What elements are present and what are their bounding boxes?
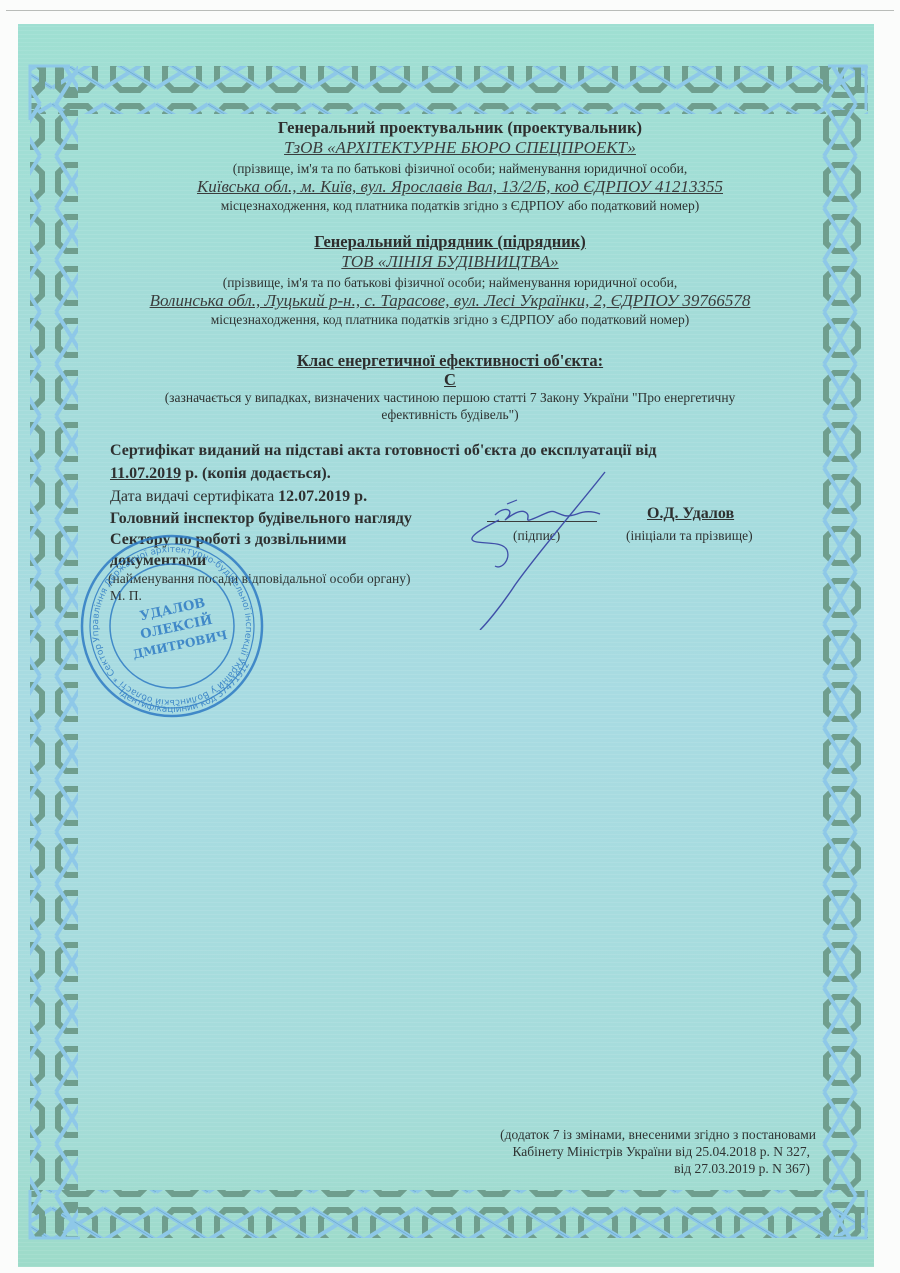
general-designer-name: ТзОВ «АРХІТЕКТУРНЕ БЮРО СПЕЦПРОЕКТ» xyxy=(150,138,770,158)
general-contractor-address: Волинська обл., Луцький р-н., с. Тарасов… xyxy=(100,291,800,311)
issue-date-label: Дата видачі сертифіката xyxy=(110,488,278,505)
general-contractor-address-caption: місцезнаходження, код платника податків … xyxy=(100,312,800,328)
general-designer-name-caption: (прізвище, ім'я та по батькові фізичної … xyxy=(150,161,770,177)
certificate-basis-line2: 11.07.2019 р. (копія додається). xyxy=(110,465,331,483)
official-stamp: Управління Державної архітектурно-будіве… xyxy=(61,515,284,738)
footnote-line1: (додаток 7 із змінами, внесеними згідно … xyxy=(400,1127,816,1143)
issue-date-value: 12.07.2019 р. xyxy=(278,488,367,505)
issue-date-line: Дата видачі сертифіката 12.07.2019 р. xyxy=(110,488,367,506)
readiness-act-date: 11.07.2019 xyxy=(110,465,181,482)
general-contractor-name-caption: (прізвище, ім'я та по батькові фізичної … xyxy=(100,275,800,291)
signer-caption: (ініціали та прізвище) xyxy=(626,528,753,544)
handwritten-signature xyxy=(455,460,625,630)
stamp-ring-text: Управління Державної архітектурно-будіве… xyxy=(61,515,269,726)
basis-rest: р. (копія додається). xyxy=(181,465,331,482)
certificate-basis-line1: Сертифікат виданий на підставі акта гото… xyxy=(110,442,657,460)
general-designer-address: Київська обл., м. Київ, вул. Ярославів В… xyxy=(150,177,770,197)
energy-class-caption-line1: (зазначається у випадках, визначених час… xyxy=(100,390,800,406)
general-contractor-heading: Генеральний підрядник (підрядник) xyxy=(100,232,800,252)
general-designer-heading: Генеральний проектувальник (проектувальн… xyxy=(150,118,770,138)
position-line1: Головний інспектор будівельного нагляду xyxy=(110,510,412,528)
footnote-line2: Кабінету Міністрів України від 25.04.201… xyxy=(400,1144,810,1160)
signer-name: О.Д. Удалов xyxy=(647,505,734,523)
energy-class-heading: Клас енергетичної ефективності об'єкта: xyxy=(100,351,800,371)
general-designer-address-caption: місцезнаходження, код платника податків … xyxy=(150,198,770,214)
general-contractor-name: ТОВ «ЛІНІЯ БУДІВНИЦТВА» xyxy=(100,252,800,272)
energy-class-value: С xyxy=(100,370,800,390)
svg-text:Управління Державної архітекту: Управління Державної архітектурно-будіве… xyxy=(61,515,269,726)
footnote-line3: від 27.03.2019 р. N 367) xyxy=(400,1161,810,1177)
energy-class-caption-line2: ефективність будівель") xyxy=(100,407,800,423)
